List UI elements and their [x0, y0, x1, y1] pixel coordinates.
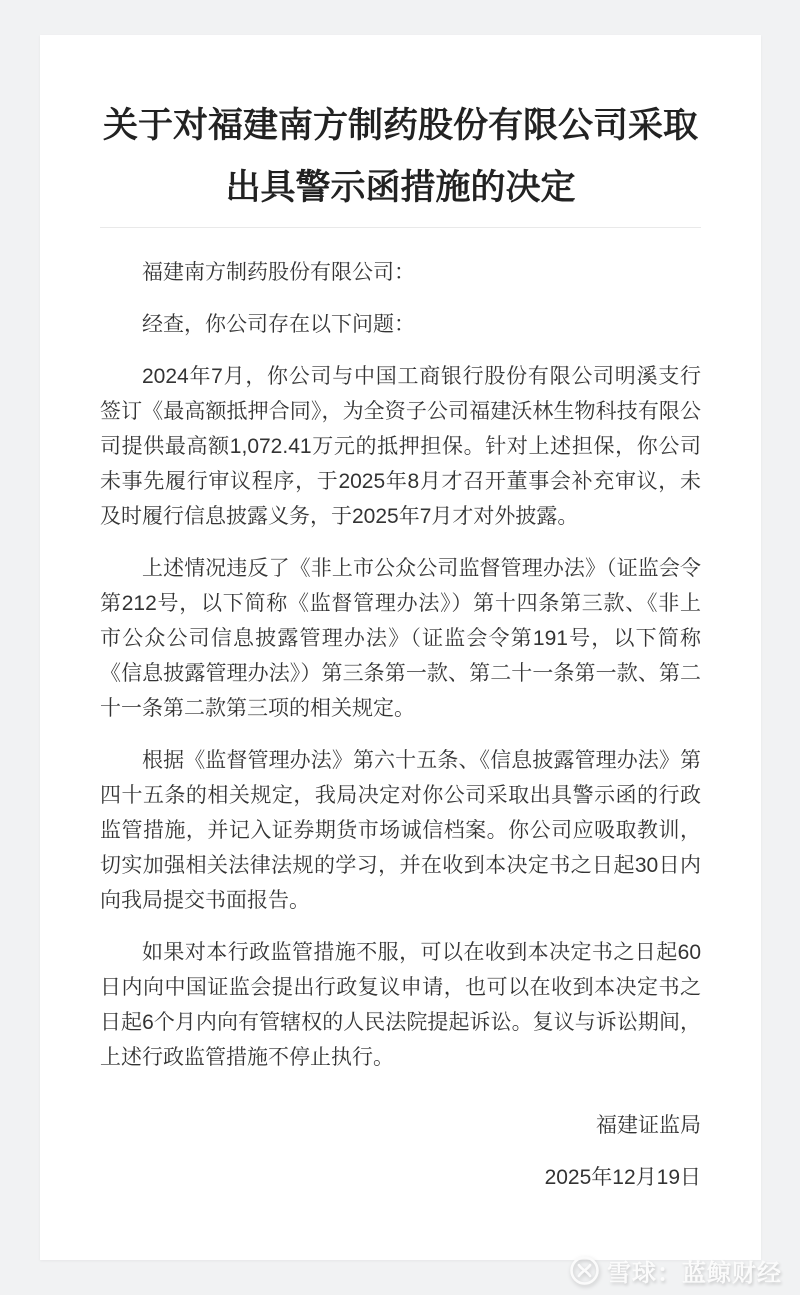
page-background: 关于对福建南方制药股份有限公司采取出具警示函措施的决定 福建南方制药股份有限公司… [0, 0, 800, 1295]
document-title: 关于对福建南方制药股份有限公司采取出具警示函措施的决定 [100, 95, 701, 219]
paragraph-intro: 经查，你公司存在以下问题： [100, 307, 701, 342]
paragraph-appeal-rights: 如果对本行政监管措施不服，可以在收到本决定书之日起60日内向中国证监会提出行政复… [100, 935, 701, 1075]
paragraph-facts: 2024年7月，你公司与中国工商银行股份有限公司明溪支行签订《最高额抵押合同》，… [100, 359, 701, 534]
watermark: 雪球：蓝鲸财经 [569, 1253, 782, 1288]
title-divider [100, 227, 701, 228]
document-date: 2025年12月19日 [100, 1160, 701, 1195]
salutation: 福建南方制药股份有限公司： [100, 255, 701, 290]
signature: 福建证监局 [100, 1108, 701, 1143]
document-card: 关于对福建南方制药股份有限公司采取出具警示函措施的决定 福建南方制药股份有限公司… [40, 35, 761, 1260]
xueqiu-logo-icon [569, 1255, 600, 1286]
watermark-label: 雪球：蓝鲸财经 [607, 1253, 782, 1288]
paragraph-violations: 上述情况违反了《非上市公众公司监督管理办法》（证监会令第212号，以下简称《监督… [100, 551, 701, 726]
paragraph-decision: 根据《监督管理办法》第六十五条、《信息披露管理办法》第四十五条的相关规定，我局决… [100, 743, 701, 918]
